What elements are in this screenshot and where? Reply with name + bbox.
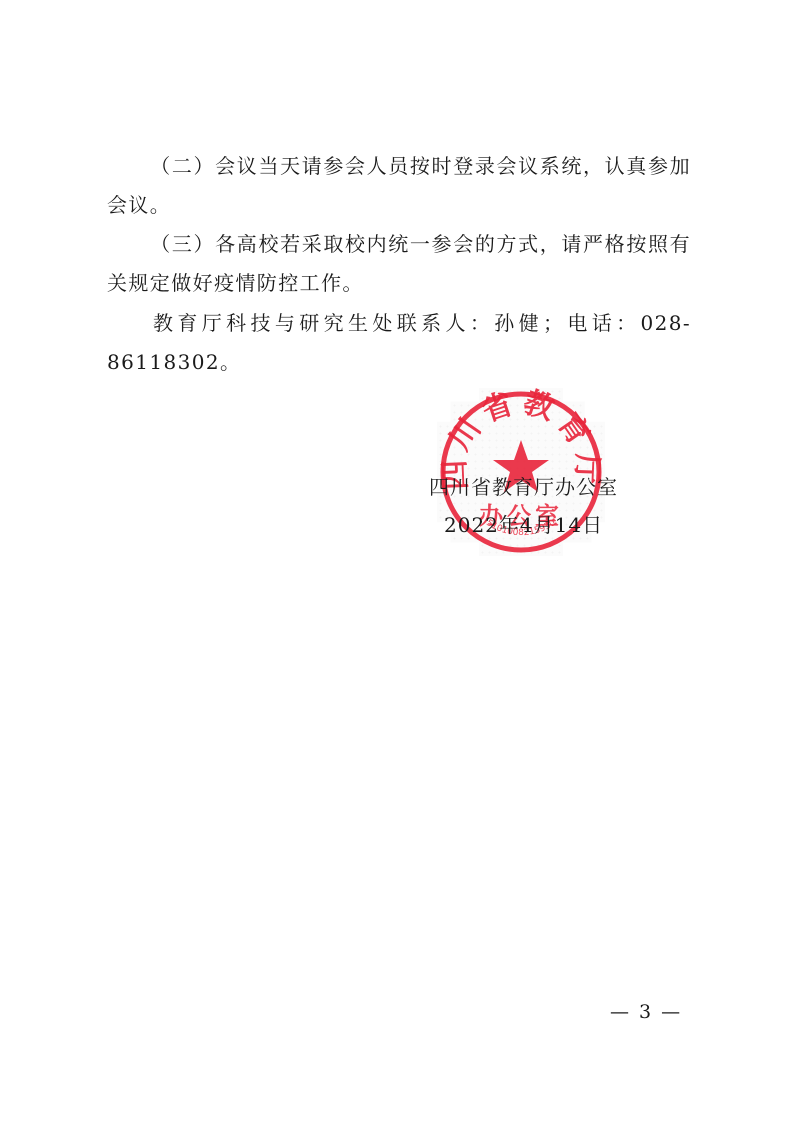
page-number: — 3 —	[610, 1000, 682, 1024]
signature-date: 2022年4月14日	[444, 510, 603, 540]
document-page: （二）会议当天请参会人员按时登录会议系统，认真参加会议。 （三）各高校若采取校内…	[0, 0, 793, 1122]
paragraph-item-3: （三）各高校若采取校内统一参会的方式，请严格按照有关规定做好疫情防控工作。	[107, 225, 691, 303]
contact-paragraph: 教育厅科技与研究生处联系人：孙健；电话：028-86118302。	[107, 304, 691, 382]
paragraph-text: （二）会议当天请参会人员按时登录会议系统，认真参加会议。	[107, 154, 691, 217]
signature-organization: 四川省教育厅办公室	[429, 472, 618, 502]
paragraph-text: （三）各高校若采取校内统一参会的方式，请严格按照有关规定做好疫情防控工作。	[107, 232, 691, 295]
paragraph-item-2: （二）会议当天请参会人员按时登录会议系统，认真参加会议。	[107, 147, 691, 225]
paragraph-text: 教育厅科技与研究生处联系人：孙健；电话：028-86118302。	[107, 311, 691, 374]
